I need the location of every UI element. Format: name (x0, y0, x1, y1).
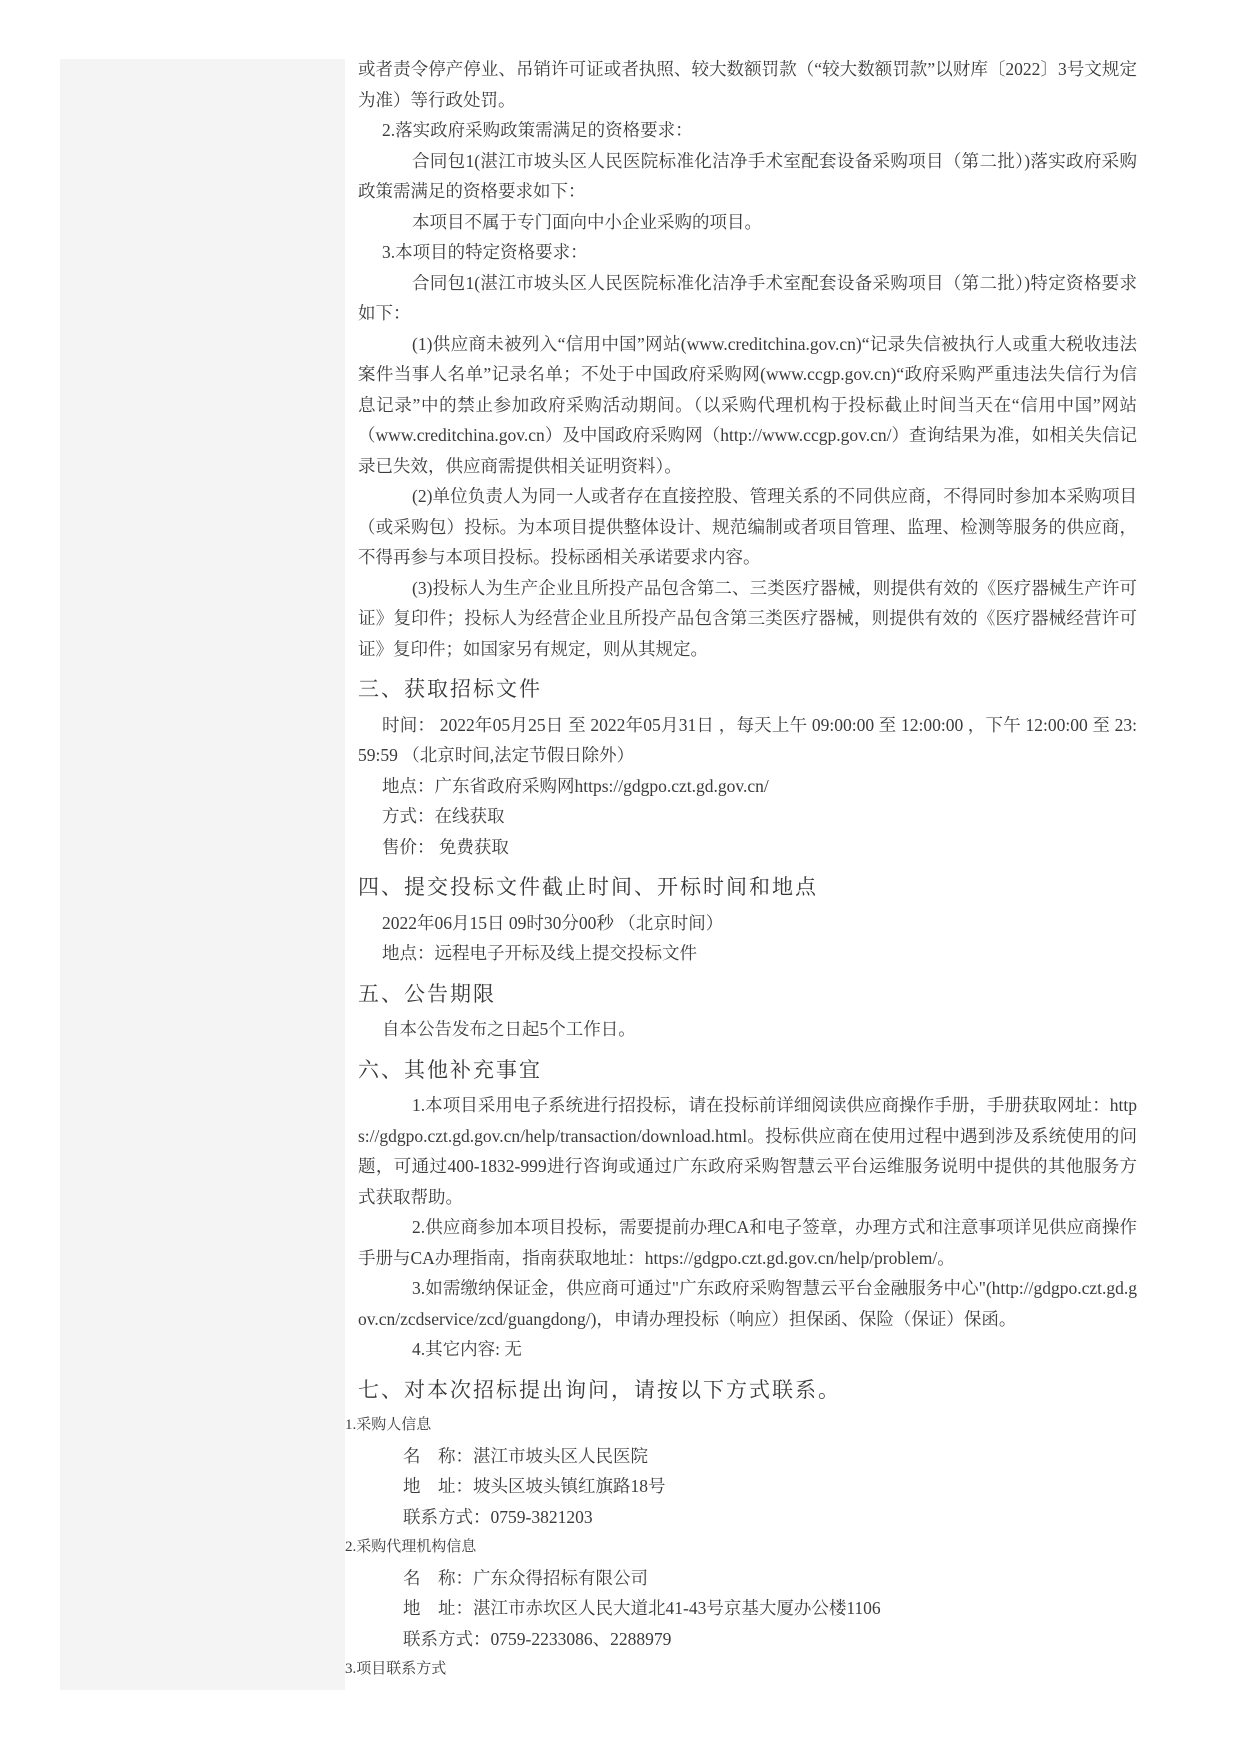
paragraph: 合同包1(湛江市坡头区人民医院标准化洁净手术室配套设备采购项目（第二批）)落实政… (345, 146, 1137, 207)
contact-group-label: 1.采购人信息 (345, 1410, 1137, 1441)
paragraph: (1)供应商未被列入“信用中国”网站(www.creditchina.gov.c… (345, 329, 1137, 482)
section-heading: 五、公告期限 (345, 979, 1137, 1010)
paragraph: 方式：在线获取 (345, 801, 1137, 832)
paragraph: (3)投标人为生产企业且所投产品包含第二、三类医疗器械，则提供有效的《医疗器械生… (345, 573, 1137, 665)
contact-line: 名 称：湛江市坡头区人民医院 (345, 1441, 1137, 1472)
paragraph: 1.本项目采用电子系统进行招投标，请在投标前详细阅读供应商操作手册，手册获取网址… (345, 1090, 1137, 1212)
page-root: { "page": { "background_color": "#ffffff… (0, 0, 1242, 1756)
contact-line: 地 址：坡头区坡头镇红旗路18号 (345, 1471, 1137, 1502)
document-body: 或者责令停产停业、吊销许可证或者执照、较大数额罚款（“较大数额罚款”以财库〔20… (345, 54, 1137, 1685)
paragraph: 3.如需缴纳保证金，供应商可通过"广东政府采购智慧云平台金融服务中心"(http… (345, 1273, 1137, 1334)
paragraph: 或者责令停产停业、吊销许可证或者执照、较大数额罚款（“较大数额罚款”以财库〔20… (345, 54, 1137, 115)
paragraph: 时间： 2022年05月25日 至 2022年05月31日 ，每天上午 09:0… (345, 710, 1137, 771)
paragraph: 本项目不属于专门面向中小企业采购的项目。 (345, 207, 1137, 238)
section-heading: 六、其他补充事宜 (345, 1055, 1137, 1086)
left-empty-panel (60, 59, 345, 1690)
contact-line: 名 称：广东众得招标有限公司 (345, 1563, 1137, 1594)
contact-line: 联系方式：0759-2233086、2288979 (345, 1624, 1137, 1655)
section-heading: 七、对本次招标提出询问，请按以下方式联系。 (345, 1375, 1137, 1406)
paragraph: 地点：广东省政府采购网https://gdgpo.czt.gd.gov.cn/ (345, 771, 1137, 802)
contact-group-label: 2.采购代理机构信息 (345, 1532, 1137, 1563)
paragraph: 售价： 免费获取 (345, 832, 1137, 863)
contact-group-label: 3.项目联系方式 (345, 1654, 1137, 1685)
section-heading: 三、获取招标文件 (345, 674, 1137, 705)
paragraph: 2.供应商参加本项目投标，需要提前办理CA和电子签章，办理方式和注意事项详见供应… (345, 1212, 1137, 1273)
paragraph: 合同包1(湛江市坡头区人民医院标准化洁净手术室配套设备采购项目（第二批）)特定资… (345, 268, 1137, 329)
paragraph: 自本公告发布之日起5个工作日。 (345, 1014, 1137, 1045)
paragraph: 3.本项目的特定资格要求： (345, 237, 1137, 268)
paragraph: 2.落实政府采购政策需满足的资格要求： (345, 115, 1137, 146)
contact-line: 地 址：湛江市赤坎区人民大道北41-43号京基大厦办公楼1106 (345, 1593, 1137, 1624)
section-heading: 四、提交投标文件截止时间、开标时间和地点 (345, 872, 1137, 903)
paragraph: 地点：远程电子开标及线上提交投标文件 (345, 938, 1137, 969)
paragraph: 2022年06月15日 09时30分00秒 （北京时间） (345, 908, 1137, 939)
paragraph: (2)单位负责人为同一人或者存在直接控股、管理关系的不同供应商，不得同时参加本采… (345, 481, 1137, 573)
paragraph: 4.其它内容: 无 (345, 1334, 1137, 1365)
contact-line: 联系方式：0759-3821203 (345, 1502, 1137, 1533)
